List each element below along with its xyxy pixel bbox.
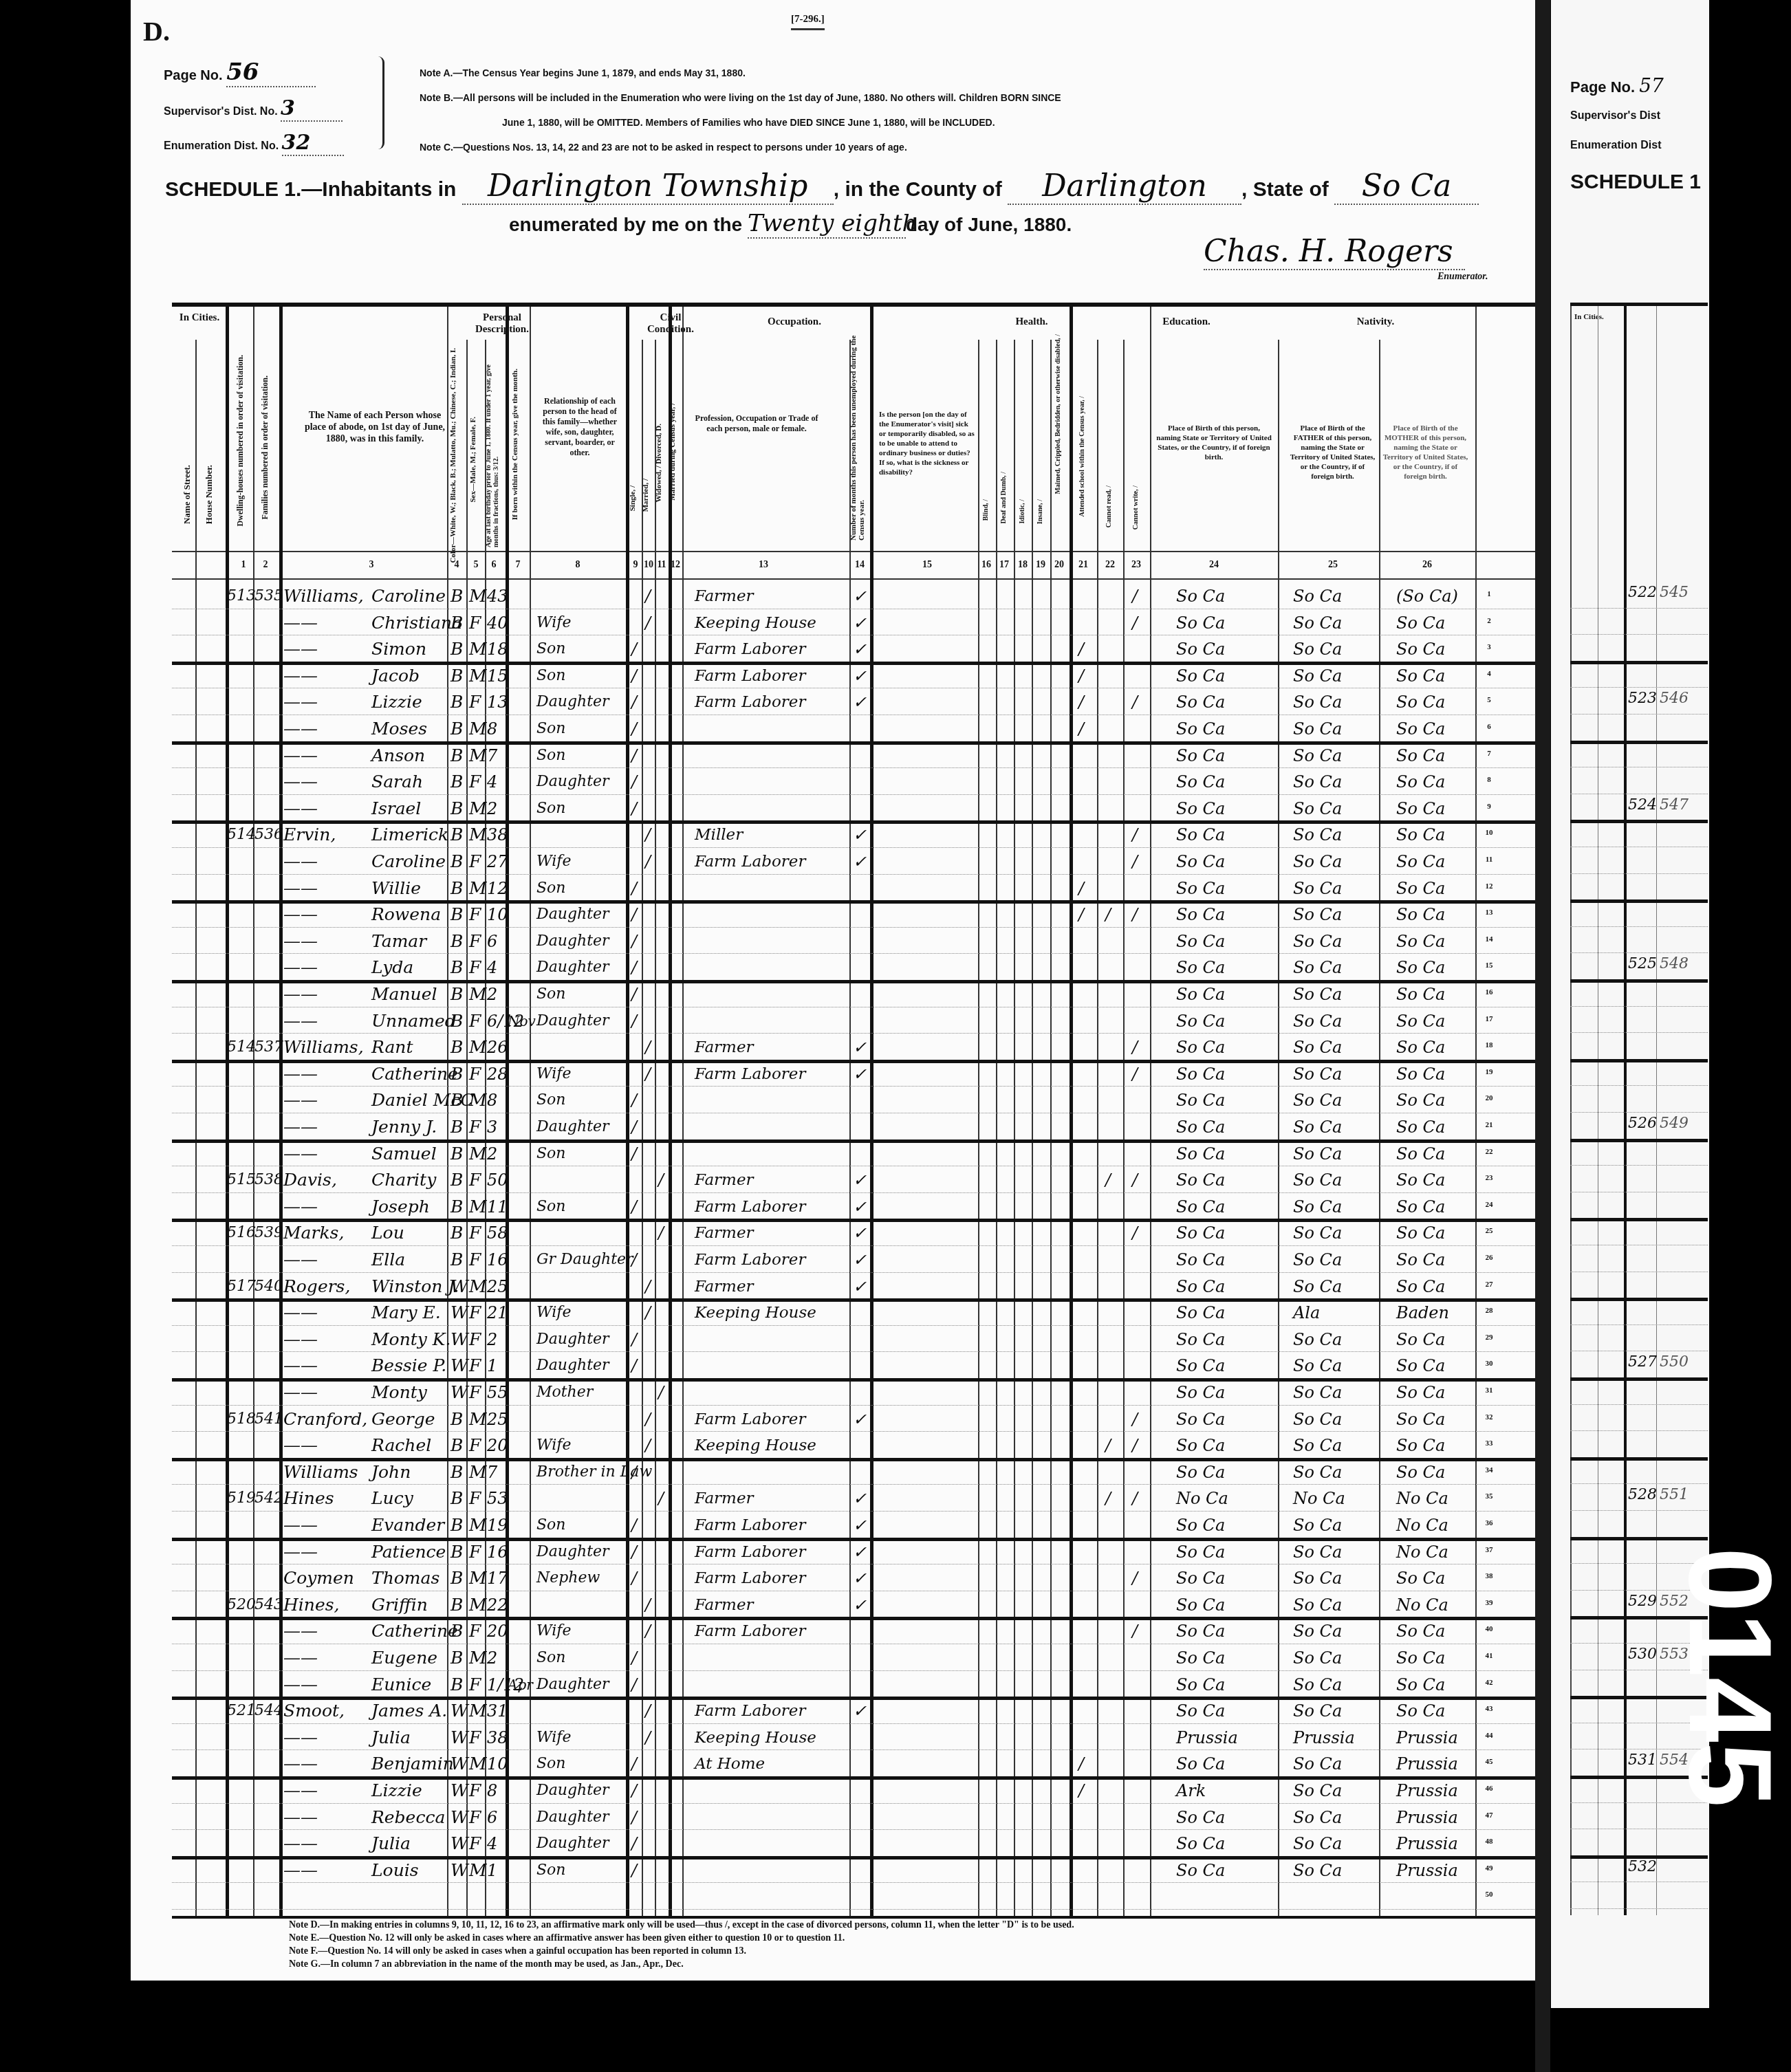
line-number: 24: [1479, 1201, 1499, 1209]
color: W: [451, 1274, 468, 1298]
relationship: Gr Daughter: [536, 1247, 633, 1272]
married-mark: /: [645, 583, 651, 608]
surname: Williams,: [283, 583, 364, 608]
surname: ——: [283, 1804, 318, 1829]
mother-birthplace: So Ca: [1396, 875, 1445, 900]
birthplace: So Ca: [1176, 1034, 1225, 1059]
mother-birthplace: So Ca: [1396, 822, 1445, 847]
note-e: Note E.—Question No. 12 will only be ask…: [289, 1932, 1074, 1945]
school-mark: /: [1078, 902, 1084, 926]
occupation: Keeping House: [695, 610, 816, 635]
cannot-write-mark: /: [1132, 583, 1138, 608]
birthplace: So Ca: [1176, 928, 1225, 953]
row-rule: [1570, 741, 1708, 744]
occupation: At Home: [695, 1751, 765, 1776]
birthplace: So Ca: [1176, 822, 1225, 847]
given-name: Winston J.: [371, 1274, 459, 1298]
birthplace: So Ca: [1176, 1061, 1225, 1086]
given-name: Willie: [371, 875, 421, 900]
father-birthplace: So Ca: [1293, 1565, 1342, 1590]
given-name: Charity: [371, 1167, 436, 1192]
enumeration-field: Enumeration Dist. No. 32: [164, 131, 344, 156]
given-name: Ella: [371, 1247, 405, 1272]
father-birthplace: So Ca: [1293, 1353, 1342, 1377]
enumerator-signature: Chas. H. Rogers: [1204, 234, 1465, 270]
age: 2: [487, 1327, 497, 1351]
line-number: 43: [1479, 1705, 1499, 1713]
occupation: Farm Laborer: [695, 849, 805, 873]
age: 38: [487, 822, 508, 847]
age: 21: [487, 1300, 508, 1324]
table-row: ——MontyWF55Mother/So CaSo CaSo Ca31: [172, 1378, 1537, 1405]
age: 43: [487, 583, 508, 608]
age: 15: [487, 663, 508, 688]
header-insane: Insane, /: [1036, 499, 1044, 524]
color: W: [451, 1353, 468, 1377]
row-rule: [1570, 873, 1708, 874]
married-mark: /: [645, 1592, 651, 1617]
age: 7: [487, 1459, 497, 1484]
father-birthplace: So Ca: [1293, 822, 1342, 847]
table-row: ——Daniel McCBM8Son/So CaSo CaSo Ca20: [172, 1086, 1537, 1113]
cannot-write-mark: /: [1132, 1034, 1138, 1059]
surname: Coymen: [283, 1565, 354, 1590]
birthplace: So Ca: [1176, 1459, 1225, 1484]
age: 55: [487, 1379, 508, 1404]
married-mark: /: [645, 1274, 651, 1298]
given-name: Sarah: [371, 769, 423, 794]
given-name: Lyda: [371, 955, 413, 979]
father-birthplace: So Ca: [1293, 955, 1342, 979]
color: B: [451, 902, 463, 926]
line-number: 38: [1479, 1572, 1499, 1580]
single-mark: /: [631, 769, 637, 794]
line-number: 12: [1479, 882, 1499, 891]
sex: M: [469, 583, 487, 608]
cannot-write-mark: /: [1132, 822, 1138, 847]
surname: ——: [283, 1194, 318, 1219]
single-mark: /: [631, 1194, 637, 1219]
single-mark: /: [631, 1857, 637, 1882]
sex: M: [469, 1087, 487, 1112]
header-deaf: Deaf and Dumb, /: [1000, 472, 1008, 524]
next-family-number: 550: [1660, 1353, 1689, 1371]
surname: ——: [283, 1247, 318, 1272]
township-value: Darlington Township: [462, 168, 834, 205]
family-number: 539: [254, 1220, 283, 1245]
color: B: [451, 1592, 463, 1617]
colnum-19: 19: [1030, 560, 1051, 571]
occupation: Keeping House: [695, 1725, 816, 1749]
sex: F: [469, 1353, 481, 1377]
sex: M: [469, 1274, 487, 1298]
birthplace: So Ca: [1176, 1327, 1225, 1351]
header-maimed: Maimed, Crippled, Bedridden, or otherwis…: [1054, 334, 1062, 494]
sex: F: [469, 1725, 481, 1749]
given-name: Thomas: [371, 1565, 439, 1590]
birthplace: So Ca: [1176, 1698, 1225, 1723]
age: 25: [487, 1274, 508, 1298]
occupation: Farmer: [695, 1485, 754, 1510]
table-row: ——CatherineBF28Wife/Farm Laborer✓/So CaS…: [172, 1060, 1537, 1087]
table-row: ——ManuelBM2Son/So CaSo CaSo Ca16: [172, 980, 1537, 1007]
color: B: [451, 1087, 463, 1112]
relationship: Son: [536, 716, 566, 741]
relationship: Son: [536, 743, 566, 767]
dwelling-number: 517: [227, 1274, 256, 1298]
unemployed-check: ✓: [853, 1698, 867, 1723]
line-number: 33: [1479, 1439, 1499, 1448]
single-mark: /: [631, 1751, 637, 1776]
enumeration-day: Twenty eighth: [748, 210, 906, 239]
next-family-number: 551: [1660, 1486, 1689, 1503]
given-name: Caroline: [371, 583, 446, 608]
unemployed-check: ✓: [853, 1194, 867, 1219]
mother-birthplace: So Ca: [1396, 1353, 1445, 1377]
age: 8: [487, 1087, 497, 1112]
single-mark: /: [631, 1512, 637, 1537]
birthplace: So Ca: [1176, 1512, 1225, 1537]
color: B: [451, 1618, 463, 1643]
occupation: Farmer: [695, 1274, 754, 1298]
relationship: Daughter: [536, 1778, 609, 1802]
row-rule: [172, 1909, 1537, 1910]
enumeration-label: Enumeration Dist. No.: [164, 140, 279, 152]
relationship: Wife: [536, 1061, 571, 1086]
row-rule: [1570, 1139, 1708, 1142]
father-birthplace: So Ca: [1293, 849, 1342, 873]
color: B: [451, 981, 463, 1006]
line-number: 1: [1479, 590, 1499, 598]
surname: ——: [283, 1087, 318, 1112]
mother-birthplace: Prussia: [1396, 1778, 1458, 1802]
surname: ——: [283, 1061, 318, 1086]
row-rule: [1570, 1510, 1708, 1511]
relationship: Daughter: [536, 1539, 609, 1564]
surname: ——: [283, 1300, 318, 1324]
dwelling-number: 521: [227, 1698, 256, 1723]
dwelling-number: 513: [227, 583, 256, 608]
cannot-write-mark: /: [1132, 1485, 1138, 1510]
table-row: 519542HinesLucyBF53/Farmer✓//No CaNo CaN…: [172, 1484, 1537, 1511]
mother-birthplace: So Ca: [1396, 1379, 1445, 1404]
form-letter: D.: [143, 15, 170, 47]
line-number: 30: [1479, 1360, 1499, 1368]
mother-birthplace: So Ca: [1396, 1220, 1445, 1245]
next-dwelling-number: 523: [1628, 690, 1657, 707]
father-birthplace: So Ca: [1293, 1327, 1342, 1351]
father-birthplace: So Ca: [1293, 1167, 1342, 1192]
table-row: CoymenThomasBM17Nephew/Farm Laborer✓/So …: [172, 1564, 1537, 1591]
surname: ——: [283, 1432, 318, 1457]
mother-birthplace: So Ca: [1396, 981, 1445, 1006]
sex: F: [469, 1618, 481, 1643]
mother-birthplace: So Ca: [1396, 849, 1445, 873]
line-number: 21: [1479, 1121, 1499, 1129]
age: 13: [487, 689, 508, 714]
table-row: ——Jenny J.BF3Daughter/So CaSo CaSo Ca21: [172, 1113, 1537, 1139]
married-mark: /: [645, 1406, 651, 1431]
age: 10: [487, 1751, 508, 1776]
table-row: ——PatienceBF16Daughter/Farm Laborer✓So C…: [172, 1538, 1537, 1564]
relationship: Son: [536, 981, 566, 1006]
line-number: 35: [1479, 1492, 1499, 1501]
sex: F: [469, 928, 481, 953]
relationship: Daughter: [536, 1353, 609, 1377]
given-name: Benjamin: [371, 1751, 454, 1776]
sex: F: [469, 955, 481, 979]
row-rule: [1570, 1882, 1708, 1882]
table-row: ——IsraelBM2Son/So CaSo CaSo Ca9: [172, 794, 1537, 821]
sex: M: [469, 1459, 487, 1484]
row-rule: [1570, 1272, 1708, 1272]
table-row: 50: [172, 1882, 1537, 1909]
row-rule: [1570, 1908, 1708, 1909]
color: W: [451, 1857, 468, 1882]
row-rule: [1570, 687, 1708, 688]
header-father-birthplace: Place of Birth of the FATHER of this per…: [1290, 424, 1376, 481]
relationship: Daughter: [536, 1327, 609, 1351]
age: 2: [487, 796, 497, 820]
father-birthplace: So Ca: [1293, 1512, 1342, 1537]
sex: F: [469, 769, 481, 794]
single-mark: /: [631, 1804, 637, 1829]
line-number: 29: [1479, 1333, 1499, 1342]
surname: ——: [283, 1751, 318, 1776]
age: 2: [487, 981, 497, 1006]
row-rule: [1570, 1324, 1708, 1325]
widowed-mark: /: [658, 1220, 664, 1245]
color: W: [451, 1327, 468, 1351]
age: 58: [487, 1220, 508, 1245]
occupation: Farm Laborer: [695, 1247, 805, 1272]
age: 28: [487, 1061, 508, 1086]
line-number: 49: [1479, 1864, 1499, 1873]
note-b: Note B.—All persons will be included in …: [420, 85, 1589, 110]
cannot-write-mark: /: [1132, 1406, 1138, 1431]
age: 8: [487, 1778, 497, 1802]
father-birthplace: So Ca: [1293, 663, 1342, 688]
color: B: [451, 1167, 463, 1192]
color: W: [451, 1778, 468, 1802]
surname: Ervin,: [283, 822, 336, 847]
colnum-4: 4: [446, 560, 467, 571]
mother-birthplace: So Ca: [1396, 1087, 1445, 1112]
father-birthplace: So Ca: [1293, 1857, 1342, 1882]
sex: M: [469, 1698, 487, 1723]
line-number: 27: [1479, 1280, 1499, 1289]
age: 7: [487, 743, 497, 767]
row-rule: [1570, 1192, 1708, 1192]
sex: F: [469, 1167, 481, 1192]
mother-birthplace: So Ca: [1396, 1008, 1445, 1033]
occupation: Keeping House: [695, 1300, 816, 1324]
unemployed-check: ✓: [853, 1247, 867, 1272]
birthplace: So Ca: [1176, 663, 1225, 688]
line-number: 14: [1479, 935, 1499, 944]
line-number: 2: [1479, 617, 1499, 625]
age: 11: [487, 1194, 508, 1219]
next-dwelling-number: 527: [1628, 1353, 1657, 1371]
note-f: Note F.—Question No. 14 will only be ask…: [289, 1945, 1074, 1958]
given-name: James A.: [371, 1698, 447, 1723]
line-number: 39: [1479, 1599, 1499, 1607]
line-number: 6: [1479, 723, 1499, 731]
birthplace: So Ca: [1176, 849, 1225, 873]
relationship: Wife: [536, 1725, 571, 1749]
next-dwelling-number: 526: [1628, 1115, 1657, 1132]
single-mark: /: [631, 796, 637, 820]
unemployed-check: ✓: [853, 1061, 867, 1086]
unemployed-check: ✓: [853, 1167, 867, 1192]
line-number: 31: [1479, 1386, 1499, 1395]
relationship: Son: [536, 1751, 566, 1776]
mother-birthplace: No Ca: [1396, 1592, 1448, 1617]
color: B: [451, 822, 463, 847]
dwelling-number: 515: [227, 1167, 256, 1192]
father-birthplace: So Ca: [1293, 1645, 1342, 1670]
widowed-mark: /: [658, 1379, 664, 1404]
mother-birthplace: So Ca: [1396, 796, 1445, 820]
line-number: 8: [1479, 776, 1499, 784]
birthplace: No Ca: [1176, 1485, 1228, 1510]
color: B: [451, 1672, 463, 1697]
father-birthplace: So Ca: [1293, 1831, 1342, 1855]
single-mark: /: [631, 1114, 637, 1139]
header-family: Families numbered in order of visitation…: [260, 375, 270, 520]
age: 4: [487, 955, 497, 979]
table-row: WilliamsJohnBM7Brother in Law/So CaSo Ca…: [172, 1458, 1537, 1485]
table-row: ——EllaBF16Gr Daughter/Farm Laborer✓So Ca…: [172, 1245, 1537, 1272]
line-number: 37: [1479, 1546, 1499, 1554]
birthplace: So Ca: [1176, 1274, 1225, 1298]
father-birthplace: So Ca: [1293, 1592, 1342, 1617]
married-mark: /: [645, 1432, 651, 1457]
age: 12: [487, 875, 508, 900]
age: 26: [487, 1034, 508, 1059]
father-birthplace: So Ca: [1293, 689, 1342, 714]
header-street: Name of Street.: [182, 465, 193, 524]
row-rule: [1570, 1032, 1708, 1033]
birthplace: So Ca: [1176, 1831, 1225, 1855]
header-month: If born within the Census year, give the…: [511, 369, 519, 520]
birthplace: So Ca: [1176, 743, 1225, 767]
school-mark: /: [1078, 716, 1084, 741]
cannot-write-mark: /: [1132, 1565, 1138, 1590]
row-rule: [1570, 1085, 1708, 1086]
cannot-write-mark: /: [1132, 902, 1138, 926]
line-number: 45: [1479, 1758, 1499, 1766]
color: W: [451, 1804, 468, 1829]
father-birthplace: So Ca: [1293, 1804, 1342, 1829]
relationship: Son: [536, 1645, 566, 1670]
mother-birthplace: So Ca: [1396, 1194, 1445, 1219]
relationship: Wife: [536, 1618, 571, 1643]
surname: Cranford,: [283, 1406, 367, 1431]
colnum-13: 13: [753, 560, 774, 571]
table-row: 513535Williams,CarolineBM43/Farmer✓/So C…: [172, 582, 1537, 609]
age: 40: [487, 610, 508, 635]
surname: ——: [283, 1114, 318, 1139]
age: 18: [487, 636, 508, 661]
mother-birthplace: So Ca: [1396, 1247, 1445, 1272]
table-row: ——LouisWM1Son/So CaSo CaPrussia49: [172, 1856, 1537, 1883]
given-name: Rowena: [371, 902, 441, 926]
header-age: Age at last birthday prior to June 1, 18…: [485, 348, 504, 547]
table-row: ——AnsonBM7Son/So CaSo CaSo Ca7: [172, 741, 1537, 768]
birthplace: So Ca: [1176, 1379, 1225, 1404]
table-row: ——JosephBM11Son/Farm Laborer✓So CaSo CaS…: [172, 1192, 1537, 1219]
mother-birthplace: Prussia: [1396, 1751, 1458, 1776]
table-row: ——JuliaWF4Daughter/So CaSo CaPrussia48: [172, 1829, 1537, 1856]
line-number: 26: [1479, 1254, 1499, 1262]
table-row: 518541Cranford,GeorgeBM25/Farm Laborer✓/…: [172, 1405, 1537, 1432]
mother-birthplace: So Ca: [1396, 1698, 1445, 1723]
given-name: Rebecca: [371, 1804, 445, 1829]
family-number: 541: [254, 1406, 283, 1431]
given-name: Monty: [371, 1379, 427, 1404]
enumerated-label: enumerated by me on the: [509, 214, 742, 235]
surname: ——: [283, 743, 318, 767]
surname: Davis,: [283, 1167, 337, 1192]
row-rule: [1570, 1112, 1708, 1113]
unemployed-check: ✓: [853, 1220, 867, 1245]
row-rule: [1570, 1457, 1708, 1461]
table-row: ——LizzieBF13Daughter/Farm Laborer✓//So C…: [172, 688, 1537, 715]
sex: F: [469, 1672, 481, 1697]
given-name: Jacob: [371, 663, 420, 688]
father-birthplace: So Ca: [1293, 1672, 1342, 1697]
birthplace: So Ca: [1176, 1804, 1225, 1829]
color: B: [451, 1432, 463, 1457]
mother-birthplace: So Ca: [1396, 902, 1445, 926]
relationship: Son: [536, 1857, 566, 1882]
birthplace: So Ca: [1176, 1672, 1225, 1697]
occupation: Farm Laborer: [695, 663, 805, 688]
age: 4: [487, 1831, 497, 1855]
mother-birthplace: No Ca: [1396, 1485, 1448, 1510]
sex: M: [469, 1406, 487, 1431]
enumeration-number: 32: [282, 131, 344, 156]
color: B: [451, 663, 463, 688]
dwelling-number: 514: [227, 822, 256, 847]
given-name: Limerick: [371, 822, 448, 847]
row-rule: [1570, 926, 1708, 927]
single-mark: /: [631, 636, 637, 661]
age: 6: [487, 928, 497, 953]
color: B: [451, 689, 463, 714]
father-birthplace: So Ca: [1293, 1379, 1342, 1404]
given-name: Simon: [371, 636, 426, 661]
mother-birthplace: So Ca: [1396, 663, 1445, 688]
school-mark: /: [1078, 636, 1084, 661]
table-row: 514537Williams,RantBM26/Farmer✓/So CaSo …: [172, 1033, 1537, 1060]
surname: Marks,: [283, 1220, 344, 1245]
father-birthplace: Prussia: [1293, 1725, 1355, 1749]
line-number: 25: [1479, 1227, 1499, 1235]
sex: F: [469, 1485, 481, 1510]
sex: F: [469, 1432, 481, 1457]
row-rule: [1570, 794, 1708, 794]
married-mark: /: [645, 610, 651, 635]
line-number: 47: [1479, 1811, 1499, 1820]
surname: ——: [283, 1618, 318, 1643]
color: B: [451, 1141, 463, 1166]
group-personal: Personal Description.: [468, 312, 536, 336]
age: 1: [487, 1353, 497, 1377]
table-row: ——MosesBM8Son//So CaSo CaSo Ca6: [172, 715, 1537, 741]
sex: M: [469, 981, 487, 1006]
